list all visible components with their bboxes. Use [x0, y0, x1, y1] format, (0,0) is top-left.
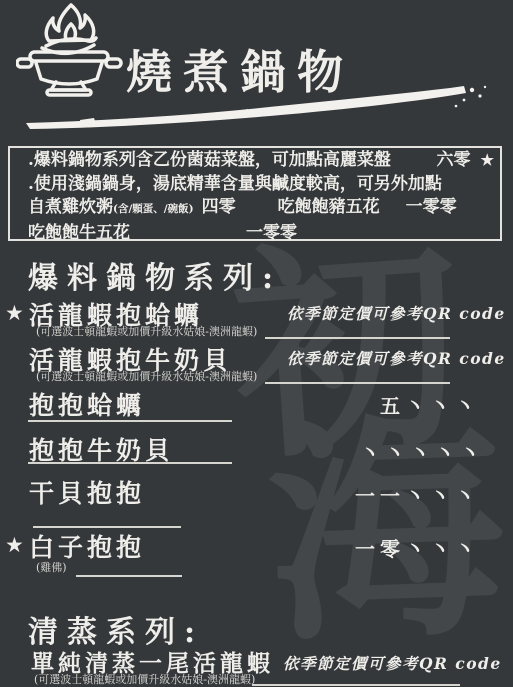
- notice-line3-price2: 一零零: [406, 196, 457, 220]
- notice-line-4: 吃飽飽牛五花 一零零: [28, 222, 494, 246]
- item-name: 抱抱蛤蠣: [29, 386, 145, 422]
- item-price: 五丶丶丶: [360, 390, 480, 419]
- item-price: 依季節定價可參考QR code: [283, 652, 502, 674]
- notice-line1-text: .爆料鍋物系列含乙份菌菇菜盤，可加點高麗菜盤: [28, 149, 391, 173]
- notice-line-3: 自煮雞炊粥 (含/顆蛋、/碗飯) 四零 吃飽飽豬五花 一零零: [28, 196, 494, 222]
- menu-page: 初 海 燒煮鍋物: [0, 0, 513, 687]
- notice-line4-item: 吃飽飽牛五花: [28, 222, 130, 246]
- item-note: (可選波士頓龍蝦或加價升級水姑娘-澳洲龍蝦): [36, 323, 257, 339]
- notice-line1-price: 六零: [437, 149, 471, 173]
- notice-line-1: .爆料鍋物系列含乙份菌菇菜盤，可加點高麗菜盤 六零 ★: [28, 149, 494, 173]
- item-underline: [76, 575, 182, 577]
- star-icon: ★: [5, 533, 24, 557]
- price-underline: [252, 684, 460, 686]
- star-icon: ★: [5, 301, 24, 325]
- notice-line-2: .使用淺鍋鍋身，湯底精華含量與鹹度較高，可另外加點: [28, 173, 494, 197]
- notice-line3-item2: 吃飽飽豬五花: [278, 196, 380, 220]
- item-underline: [28, 462, 232, 464]
- item-price: 依季節定價可參考QR code: [287, 302, 506, 324]
- notice-line3-note: (含/顆蛋、/碗飯): [113, 198, 194, 222]
- item-note: (雞佛): [36, 559, 67, 575]
- brush-stroke-divider: [20, 80, 490, 136]
- notice-line3-item: 自煮雞炊粥: [28, 196, 113, 220]
- price-underline: [265, 382, 450, 384]
- item-name: 干貝抱抱: [29, 474, 145, 510]
- notice-line2-text: .使用淺鍋鍋身，湯底精華含量與鹹度較高，可另外加點: [28, 173, 442, 197]
- notice-line3-price: 四零: [202, 196, 236, 220]
- item-note: (可選波士頓龍蝦或加價升級水姑娘-澳洲龍蝦): [34, 671, 255, 687]
- notice-line4-price: 一零零: [246, 222, 297, 246]
- item-price: 一一丶丶丶: [350, 480, 480, 509]
- section-title-hotpot: 爆料鍋物系列:: [28, 253, 282, 297]
- notice-box: .爆料鍋物系列含乙份菌菇菜盤，可加點高麗菜盤 六零 ★ .使用淺鍋鍋身，湯底精華…: [8, 146, 502, 241]
- item-price: 依季節定價可參考QR code: [287, 347, 506, 369]
- price-underline: [265, 337, 450, 339]
- item-note: (可選波士頓龍蝦或加價升級水姑娘-澳洲龍蝦): [36, 368, 257, 384]
- star-icon: ★: [481, 149, 494, 173]
- item-price: 丶丶丶丶丶: [360, 437, 480, 466]
- item-price: 一零丶丶丶: [350, 533, 480, 562]
- item-underline: [28, 420, 232, 422]
